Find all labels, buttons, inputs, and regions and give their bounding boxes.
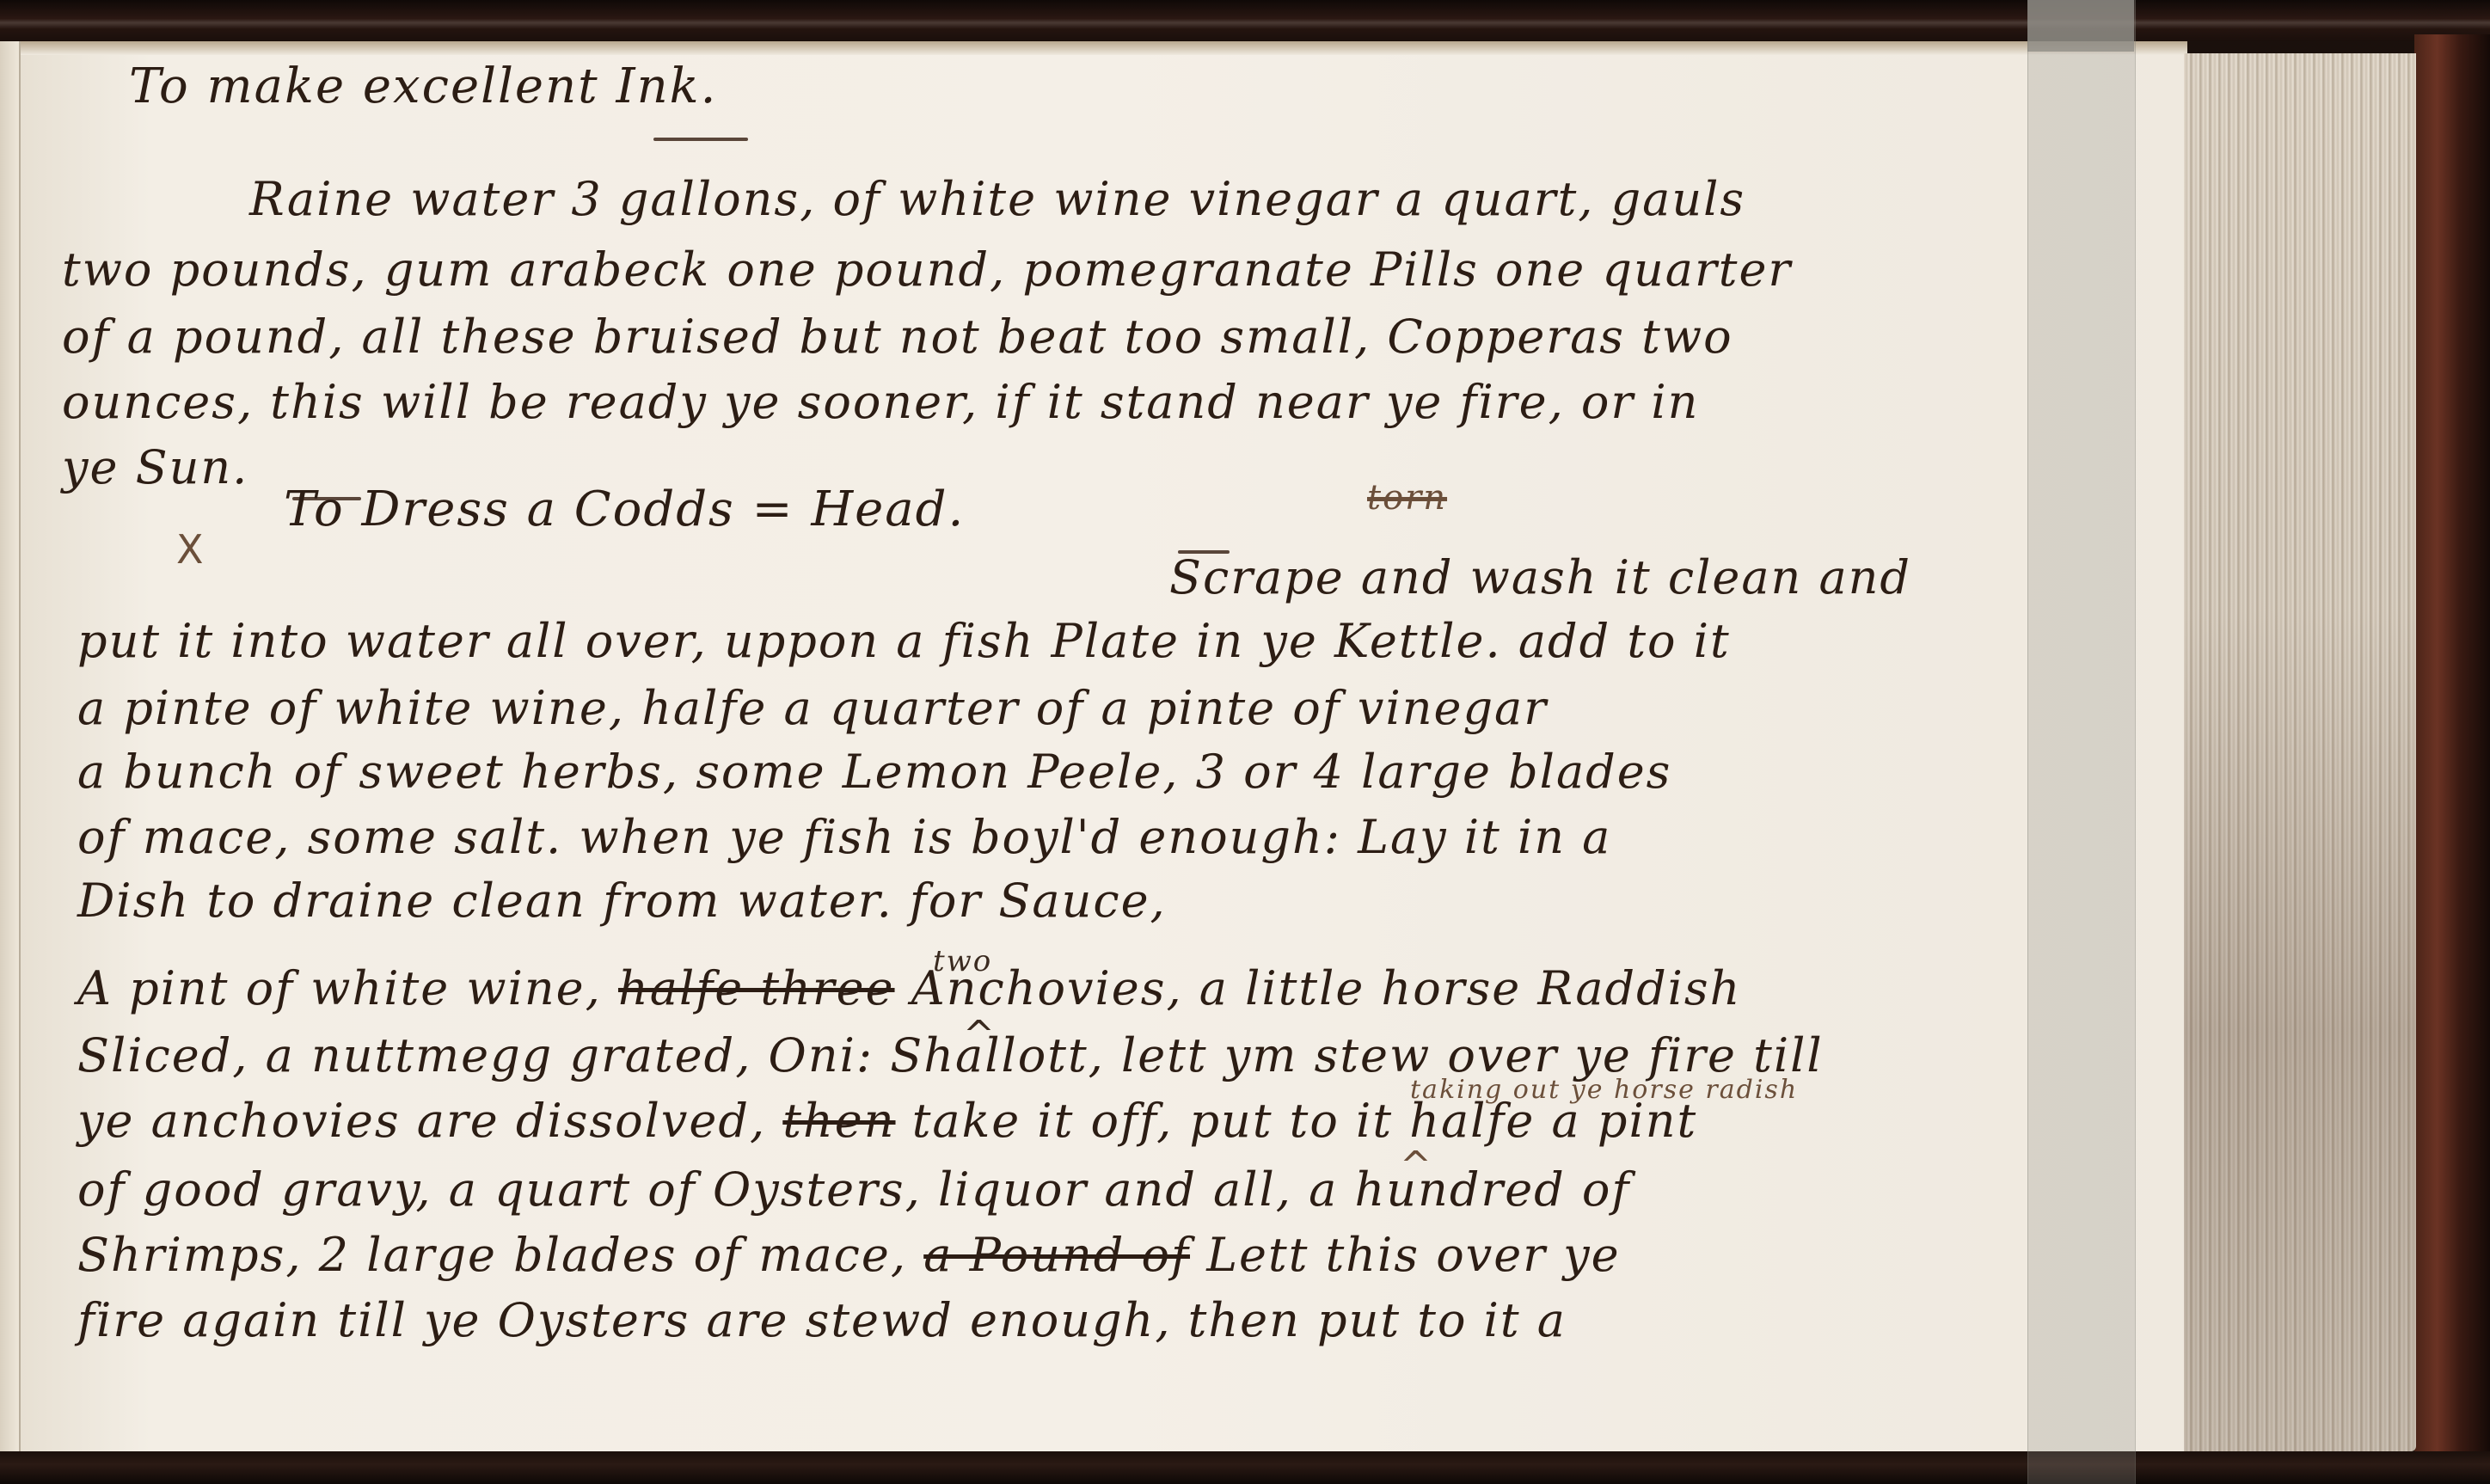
- fore-edge-stain: [2184, 53, 2416, 1451]
- margin-x-mark: X: [176, 526, 204, 573]
- sauce-line-1: A pint of white wine, halfe three Anchov…: [77, 961, 1741, 1015]
- insertion-caret: ^: [963, 1013, 995, 1057]
- recipe-title-ink: To make excellent Ink.: [129, 58, 717, 114]
- ink-line-3: of a pound, all these bruised but not be…: [62, 310, 1733, 364]
- sauce-line-5-pre: Shrimps, 2 large blades of mace,: [77, 1228, 907, 1282]
- sauce-insert-two: two: [933, 944, 992, 978]
- codds-line-6: Dish to draine clean from water. for Sau…: [77, 874, 1167, 928]
- codds-line-2: put it into water all over, uppon a fish…: [77, 614, 1731, 668]
- page-top-edge: [21, 41, 2187, 55]
- sauce-line-5-struck: a Pound of: [923, 1228, 1190, 1282]
- sauce-line-3-post: take it off,: [912, 1094, 1174, 1148]
- recipe-title-codds-head: To Dress a Codds = Head.: [284, 481, 965, 537]
- sauce-line-1-post: Anchovies, a little horse Raddish: [911, 961, 1742, 1015]
- ink-line-5: ye Sun.: [62, 440, 248, 494]
- ink-line-2: two pounds, gum arabeck one pound, pomeg…: [62, 242, 1792, 297]
- sauce-line-3-pre: ye anchovies are dissolved,: [77, 1094, 766, 1148]
- ink-line-1: Raine water 3 gallons, of white wine vin…: [249, 172, 1745, 226]
- sauce-line-2-pre: Sliced, a nuttmegg grated,: [77, 1028, 751, 1082]
- leather-binding-right: [2414, 34, 2490, 1462]
- codds-line-1: Scrape and wash it clean and: [1169, 550, 1911, 604]
- sauce-line-1-struck: halfe three: [618, 961, 895, 1015]
- codds-line-5: of mace, some salt. when ye fish is boyl…: [77, 810, 1611, 864]
- sauce-insert-horse-radish: taking out ye horse radish: [1410, 1075, 1798, 1105]
- sauce-line-1-pre: A pint of white wine,: [77, 961, 602, 1015]
- sauce-line-3-struck: then: [782, 1094, 895, 1148]
- struck-word-torn: torn: [1367, 478, 1447, 518]
- title-rule: [653, 138, 748, 141]
- codds-line-3: a pinte of white wine, halfe a quarter o…: [77, 681, 1548, 735]
- conservation-tape-strip: [2027, 0, 2136, 1484]
- sauce-line-6: fire again till ye Oysters are stewd eno…: [77, 1293, 1567, 1347]
- codds-line-4: a bunch of sweet herbs, some Lemon Peele…: [77, 745, 1671, 799]
- sauce-line-4: of good gravy, a quart of Oysters, liquo…: [77, 1162, 1630, 1217]
- sauce-line-5-post: Lett this over ye: [1206, 1228, 1620, 1282]
- ink-line-4: ounces, this will be ready ye sooner, if…: [62, 375, 1699, 429]
- previous-page-edge: [0, 41, 21, 1451]
- sauce-line-5: Shrimps, 2 large blades of mace, a Pound…: [77, 1228, 1621, 1282]
